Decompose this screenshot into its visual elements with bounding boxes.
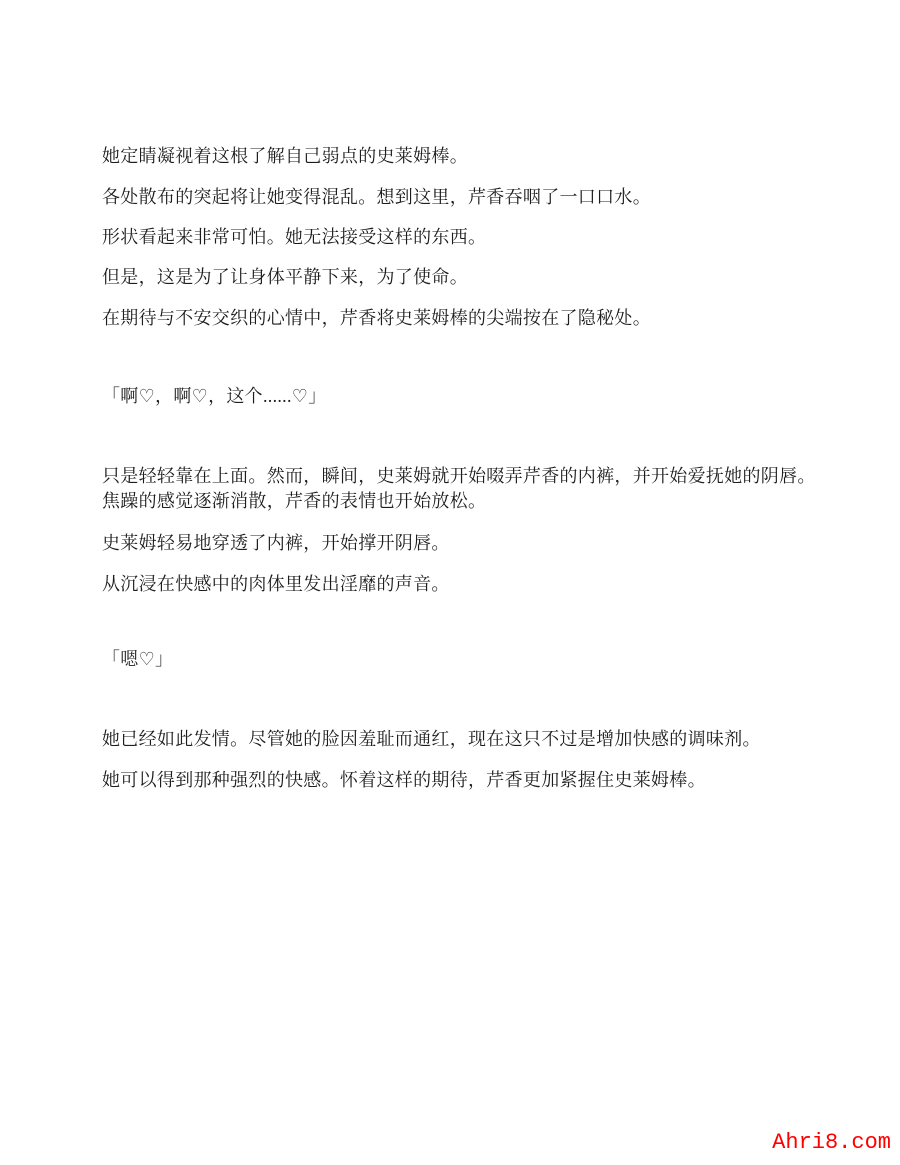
dialogue-line-2: 「嗯♡」 (102, 649, 173, 670)
story-line-8: 从沉浸在快感中的肉体里发出淫靡的声音。 (102, 574, 450, 595)
story-line-6a: 只是轻轻靠在上面。然而，瞬间，史莱姆就开始啜弄芹香的内裤，并开始爱抚她的阴唇。 (102, 466, 816, 487)
story-line-10: 她可以得到那种强烈的快感。怀着这样的期待，芹香更加紧握住史莱姆棒。 (102, 770, 706, 791)
story-line-3: 形状看起来非常可怕。她无法接受这样的东西。 (102, 227, 486, 248)
story-line-4: 但是，这是为了让身体平静下来，为了使命。 (102, 267, 468, 288)
story-line-6b: 焦躁的感觉逐渐消散，芹香的表情也开始放松。 (102, 491, 486, 512)
document-page: 她定睛凝视着这根了解自己弱点的史莱姆棒。 各处散布的突起将让她变得混乱。想到这里… (0, 0, 900, 1165)
watermark: Ahri8.com (772, 1131, 891, 1155)
story-line-7: 史莱姆轻易地穿透了内裤，开始撑开阴唇。 (102, 533, 450, 554)
dialogue-line-1: 「啊♡，啊♡，这个......♡」 (102, 386, 327, 407)
story-line-9: 她已经如此发情。尽管她的脸因羞耻而通红，现在这只不过是增加快感的调味剂。 (102, 729, 761, 750)
story-line-2: 各处散布的突起将让她变得混乱。想到这里，芹香吞咽了一口口水。 (102, 187, 651, 208)
story-line-1: 她定睛凝视着这根了解自己弱点的史莱姆棒。 (102, 146, 468, 167)
story-line-5: 在期待与不安交织的心情中，芹香将史莱姆棒的尖端按在了隐秘处。 (102, 308, 651, 329)
